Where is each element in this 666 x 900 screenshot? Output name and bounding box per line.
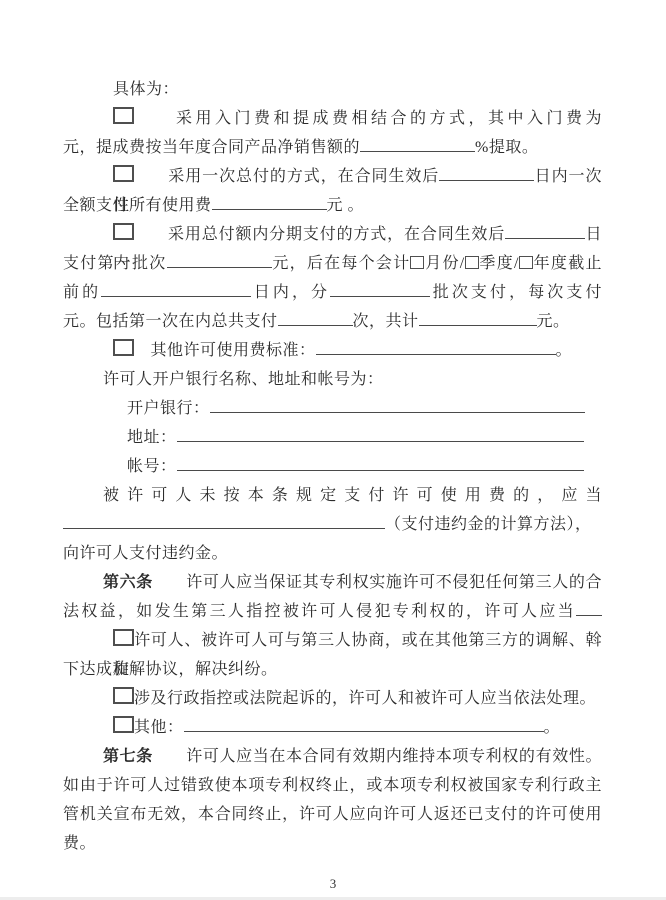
contract-line: 管机关宣布无效，本合同终止，许可人应向许可人返还已支付的许可使用: [63, 800, 602, 829]
fill-in-blank[interactable]: [177, 426, 584, 442]
text-run: 许可人应当在本合同有效期内维持本项专利权的有效性。: [153, 748, 602, 765]
text-run: 被许可人未按本条规定支付许可使用费的，应当: [103, 487, 602, 504]
text-run: 批次支付，每次支付: [430, 284, 602, 301]
text-run: 许可人开户银行名称、地址和帐号为：: [103, 371, 384, 388]
contract-line: 如由于许可人过错致使本项专利权终止，或本项专利权被国家专利行政主: [63, 771, 602, 800]
text-run: 其他：: [134, 719, 184, 736]
fill-in-blank[interactable]: [101, 281, 251, 297]
text-run: 地址：: [127, 429, 177, 446]
fill-in-blank[interactable]: [316, 339, 556, 355]
fill-in-blank[interactable]: [212, 194, 327, 210]
fill-in-blank[interactable]: [360, 136, 475, 152]
fill-in-blank[interactable]: [505, 223, 585, 239]
checkbox[interactable]: [113, 339, 134, 356]
checkbox[interactable]: [519, 256, 533, 269]
contract-line: 其他许可使用费标准：。: [63, 336, 602, 365]
text-run: 次，共计: [353, 313, 419, 330]
text-run: 向许可人支付违约金。: [63, 545, 228, 562]
fill-in-blank[interactable]: [210, 397, 585, 413]
text-run: 下达成和解协议，解决纠纷。: [63, 661, 278, 678]
fill-in-blank[interactable]: [184, 716, 544, 732]
text-run: （支付违约金的计算方法），: [385, 516, 592, 533]
checkbox[interactable]: [113, 223, 134, 240]
text-run: 全额支付所有使用费: [63, 197, 212, 214]
text-run: 管机关宣布无效，本合同终止，许可人应向许可人返还已支付的许可使用: [63, 806, 602, 823]
text-run: %提取。: [475, 139, 538, 156]
text-run: 。: [556, 342, 573, 359]
checkbox[interactable]: [113, 716, 134, 733]
contract-line: 下达成和解协议，解决纠纷。: [63, 655, 602, 684]
contract-line: 帐号：: [63, 452, 602, 481]
contract-body: 具体为： 采用入门费和提成费相结合的方式，其中入门费为元，提成费按当年度合同产品…: [63, 75, 602, 858]
text-run: 费。: [63, 835, 96, 852]
fill-in-blank[interactable]: [278, 310, 353, 326]
text-run: 前的: [63, 284, 101, 301]
text-run: 采用总付额内分期支付的方式，在合同生效后: [134, 226, 505, 243]
text-run: 采用一次总付的方式，在合同生效后: [134, 168, 439, 185]
contract-line: 采用入门费和提成费相结合的方式，其中入门费为: [63, 104, 602, 133]
checkbox[interactable]: [113, 629, 134, 646]
text-run: 采用入门费和提成费相结合的方式，其中入门费为: [134, 110, 602, 127]
fill-in-blank[interactable]: [330, 281, 430, 297]
document-page: 具体为： 采用入门费和提成费相结合的方式，其中入门费为元，提成费按当年度合同产品…: [0, 0, 666, 900]
contract-line: 元，提成费按当年度合同产品净销售额的%提取。: [63, 133, 602, 162]
clause-number: 第六条: [103, 574, 153, 591]
text-run: 年度截止: [533, 255, 602, 272]
text-run: 元。: [537, 313, 570, 330]
contract-line: 前的日内，分批次支付，每次支付: [63, 278, 602, 307]
text-run: 帐号：: [127, 458, 177, 475]
checkbox[interactable]: [410, 256, 424, 269]
contract-line: 被许可人未按本条规定支付许可使用费的，应当: [63, 481, 602, 510]
text-run: 涉及行政指控或法院起诉的，许可人和被许可人应当依法处理。: [134, 690, 596, 707]
text-run: 元，后在每个会计: [272, 255, 411, 272]
text-run: 元，提成费按当年度合同产品净销售额的: [63, 139, 360, 156]
contract-line: 第六条 许可人应当保证其专利权实施许可不侵犯任何第三人的合: [63, 568, 602, 597]
contract-line: 其他：。: [63, 713, 602, 742]
contract-line: 元。包括第一次在内总共支付次，共计元。: [63, 307, 602, 336]
contract-line: 第七条 许可人应当在本合同有效期内维持本项专利权的有效性。: [63, 742, 602, 771]
contract-line: 费。: [63, 829, 602, 858]
contract-line: 支付第一批次元，后在每个会计月份/季度/年度截止: [63, 249, 602, 278]
text-run: 如由于许可人过错致使本项专利权终止，或本项专利权被国家专利行政主: [63, 777, 602, 794]
fill-in-blank[interactable]: [439, 165, 534, 181]
contract-line: （支付违约金的计算方法），: [63, 510, 602, 539]
text-run: 法权益，如发生第三人指控被许可人侵犯专利权的，许可人应当: [63, 603, 576, 620]
page-number: 3: [0, 876, 666, 892]
checkbox[interactable]: [113, 165, 134, 182]
contract-line: 采用一次总付的方式，在合同生效后日内一次性: [63, 162, 602, 191]
clause-number: 第七条: [103, 748, 153, 765]
text-run: 支付第一批次: [63, 255, 167, 272]
fill-in-blank[interactable]: [63, 513, 385, 529]
contract-line: 地址：: [63, 423, 602, 452]
text-run: 许可人应当保证其专利权实施许可不侵犯任何第三人的合: [153, 574, 602, 591]
contract-line: 具体为：: [63, 75, 602, 104]
fill-in-blank[interactable]: [167, 252, 272, 268]
fill-in-blank[interactable]: [177, 455, 584, 471]
fill-in-blank[interactable]: [419, 310, 537, 326]
text-run: 月份/: [424, 255, 464, 272]
text-run: 元。包括第一次在内总共支付: [63, 313, 278, 330]
text-run: 具体为：: [113, 81, 179, 98]
contract-line: 向许可人支付违约金。: [63, 539, 602, 568]
contract-line: 法权益，如发生第三人指控被许可人侵犯专利权的，许可人应当: [63, 597, 602, 626]
contract-line: 开户银行：: [63, 394, 602, 423]
contract-line: 采用总付额内分期支付的方式，在合同生效后日内: [63, 220, 602, 249]
contract-line: 许可人开户银行名称、地址和帐号为：: [63, 365, 602, 394]
text-run: 其他许可使用费标准：: [134, 342, 316, 359]
text-run: 日内，分: [251, 284, 330, 301]
fill-in-blank[interactable]: [576, 600, 602, 616]
contract-line: 涉及行政指控或法院起诉的，许可人和被许可人应当依法处理。: [63, 684, 602, 713]
text-run: 。: [544, 719, 561, 736]
contract-line: 全额支付所有使用费元 。: [63, 191, 602, 220]
text-run: 开户银行：: [127, 400, 210, 417]
checkbox[interactable]: [465, 256, 479, 269]
contract-line: 许可人、被许可人可与第三人协商，或在其他第三方的调解、斡旋: [63, 626, 602, 655]
checkbox[interactable]: [113, 107, 134, 124]
text-run: 元 。: [327, 197, 365, 214]
checkbox[interactable]: [113, 687, 134, 704]
text-run: 季度/: [479, 255, 519, 272]
